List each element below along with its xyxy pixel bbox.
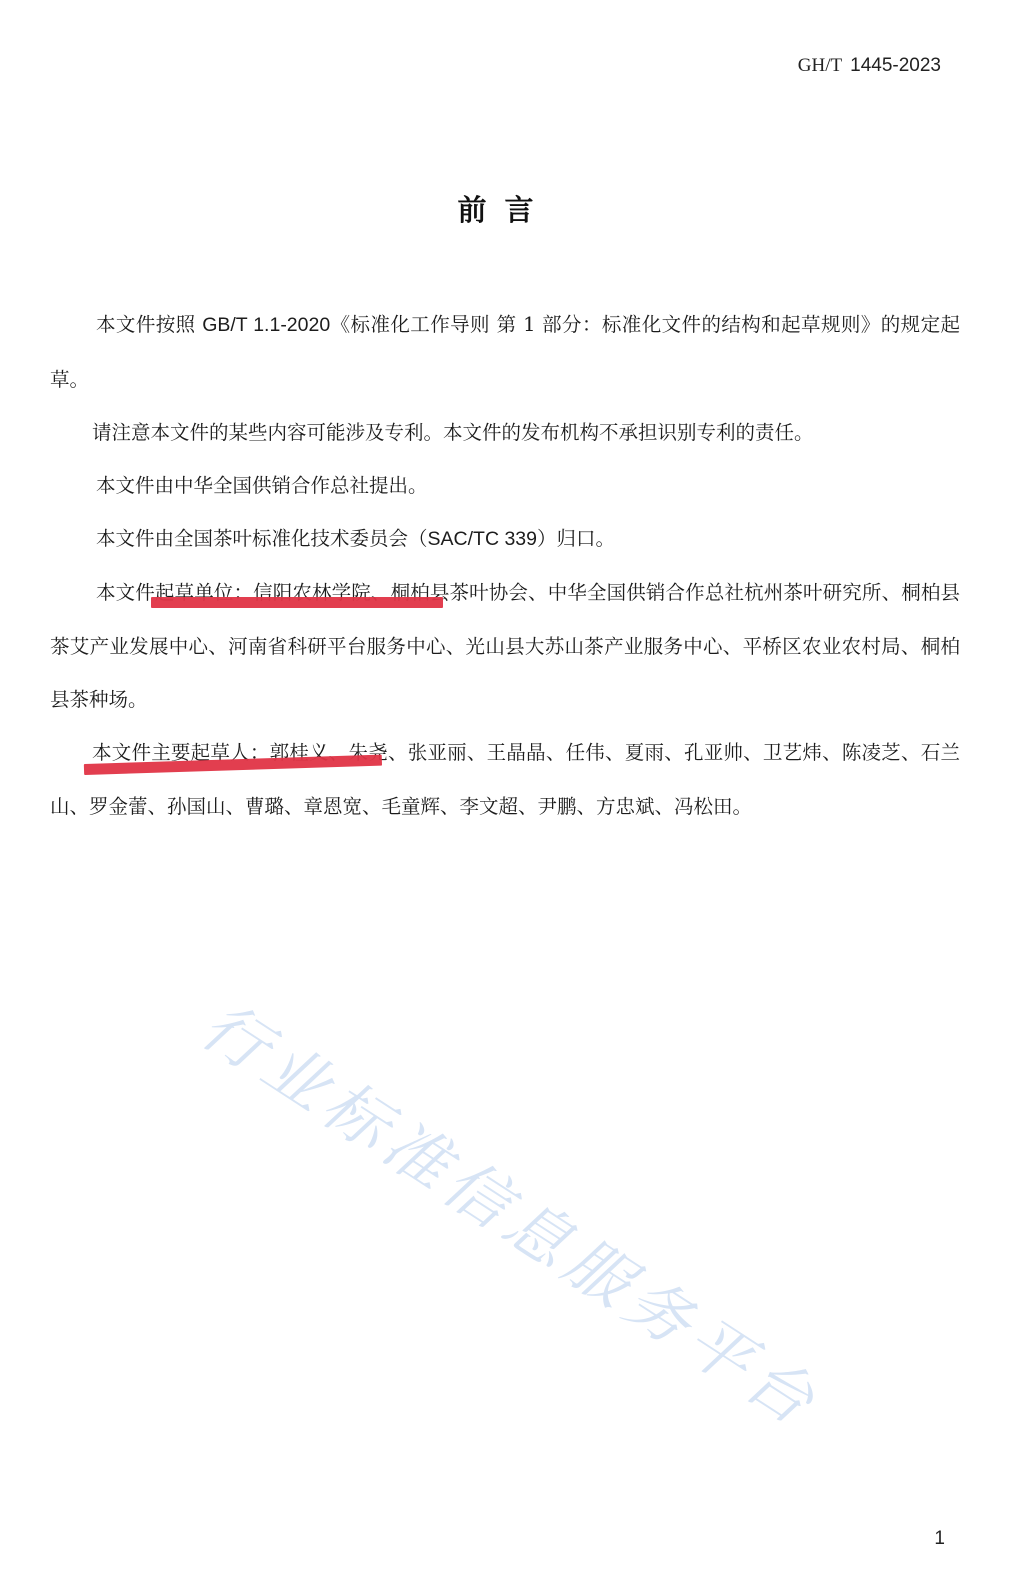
document-page: GH/T1445-2023 前言 本文件按照 GB/T 1.1-2020《标准化… [0,0,1009,1588]
p1-standard-ref: GB/T 1.1-2020 [202,314,330,336]
doc-code-number: 1445-2023 [850,55,941,76]
p4-pre: 本文件由全国茶叶标准化技术委员会（ [96,527,428,550]
p1-pre: 本文件按照 [96,313,202,336]
p4-post: ）归口。 [537,527,615,550]
page-title: 前言 [0,188,1009,229]
document-code: GH/T1445-2023 [798,54,941,77]
p4-committee-code: SAC/TC 339 [428,528,537,550]
paragraph-patent-notice: 请注意本文件的某些内容可能涉及专利。本文件的发布机构不承担识别专利的责任。 [50,406,960,460]
paragraph-proposer: 本文件由中华全国供销合作总社提出。 [50,459,960,513]
watermark-text: 行业标准信息服务平台 [187,976,841,1445]
red-highlight-drafting-unit [151,597,443,608]
page-number: 1 [934,1528,945,1550]
paragraph-technical-committee: 本文件由全国茶叶标准化技术委员会（SAC/TC 339）归口。 [50,512,960,567]
paragraph-drafting-rules: 本文件按照 GB/T 1.1-2020《标准化工作导则 第 1 部分：标准化文件… [50,298,960,406]
paragraph-main-drafters: 本文件主要起草人：郭桂义、朱尧、张亚丽、王晶晶、任伟、夏雨、孔亚帅、卫艺炜、陈凌… [50,726,960,833]
doc-code-prefix: GH/T [798,55,842,76]
paragraph-drafting-units: 本文件起草单位：信阳农林学院、桐柏县茶叶协会、中华全国供销合作总社杭州茶叶研究所… [50,566,960,727]
